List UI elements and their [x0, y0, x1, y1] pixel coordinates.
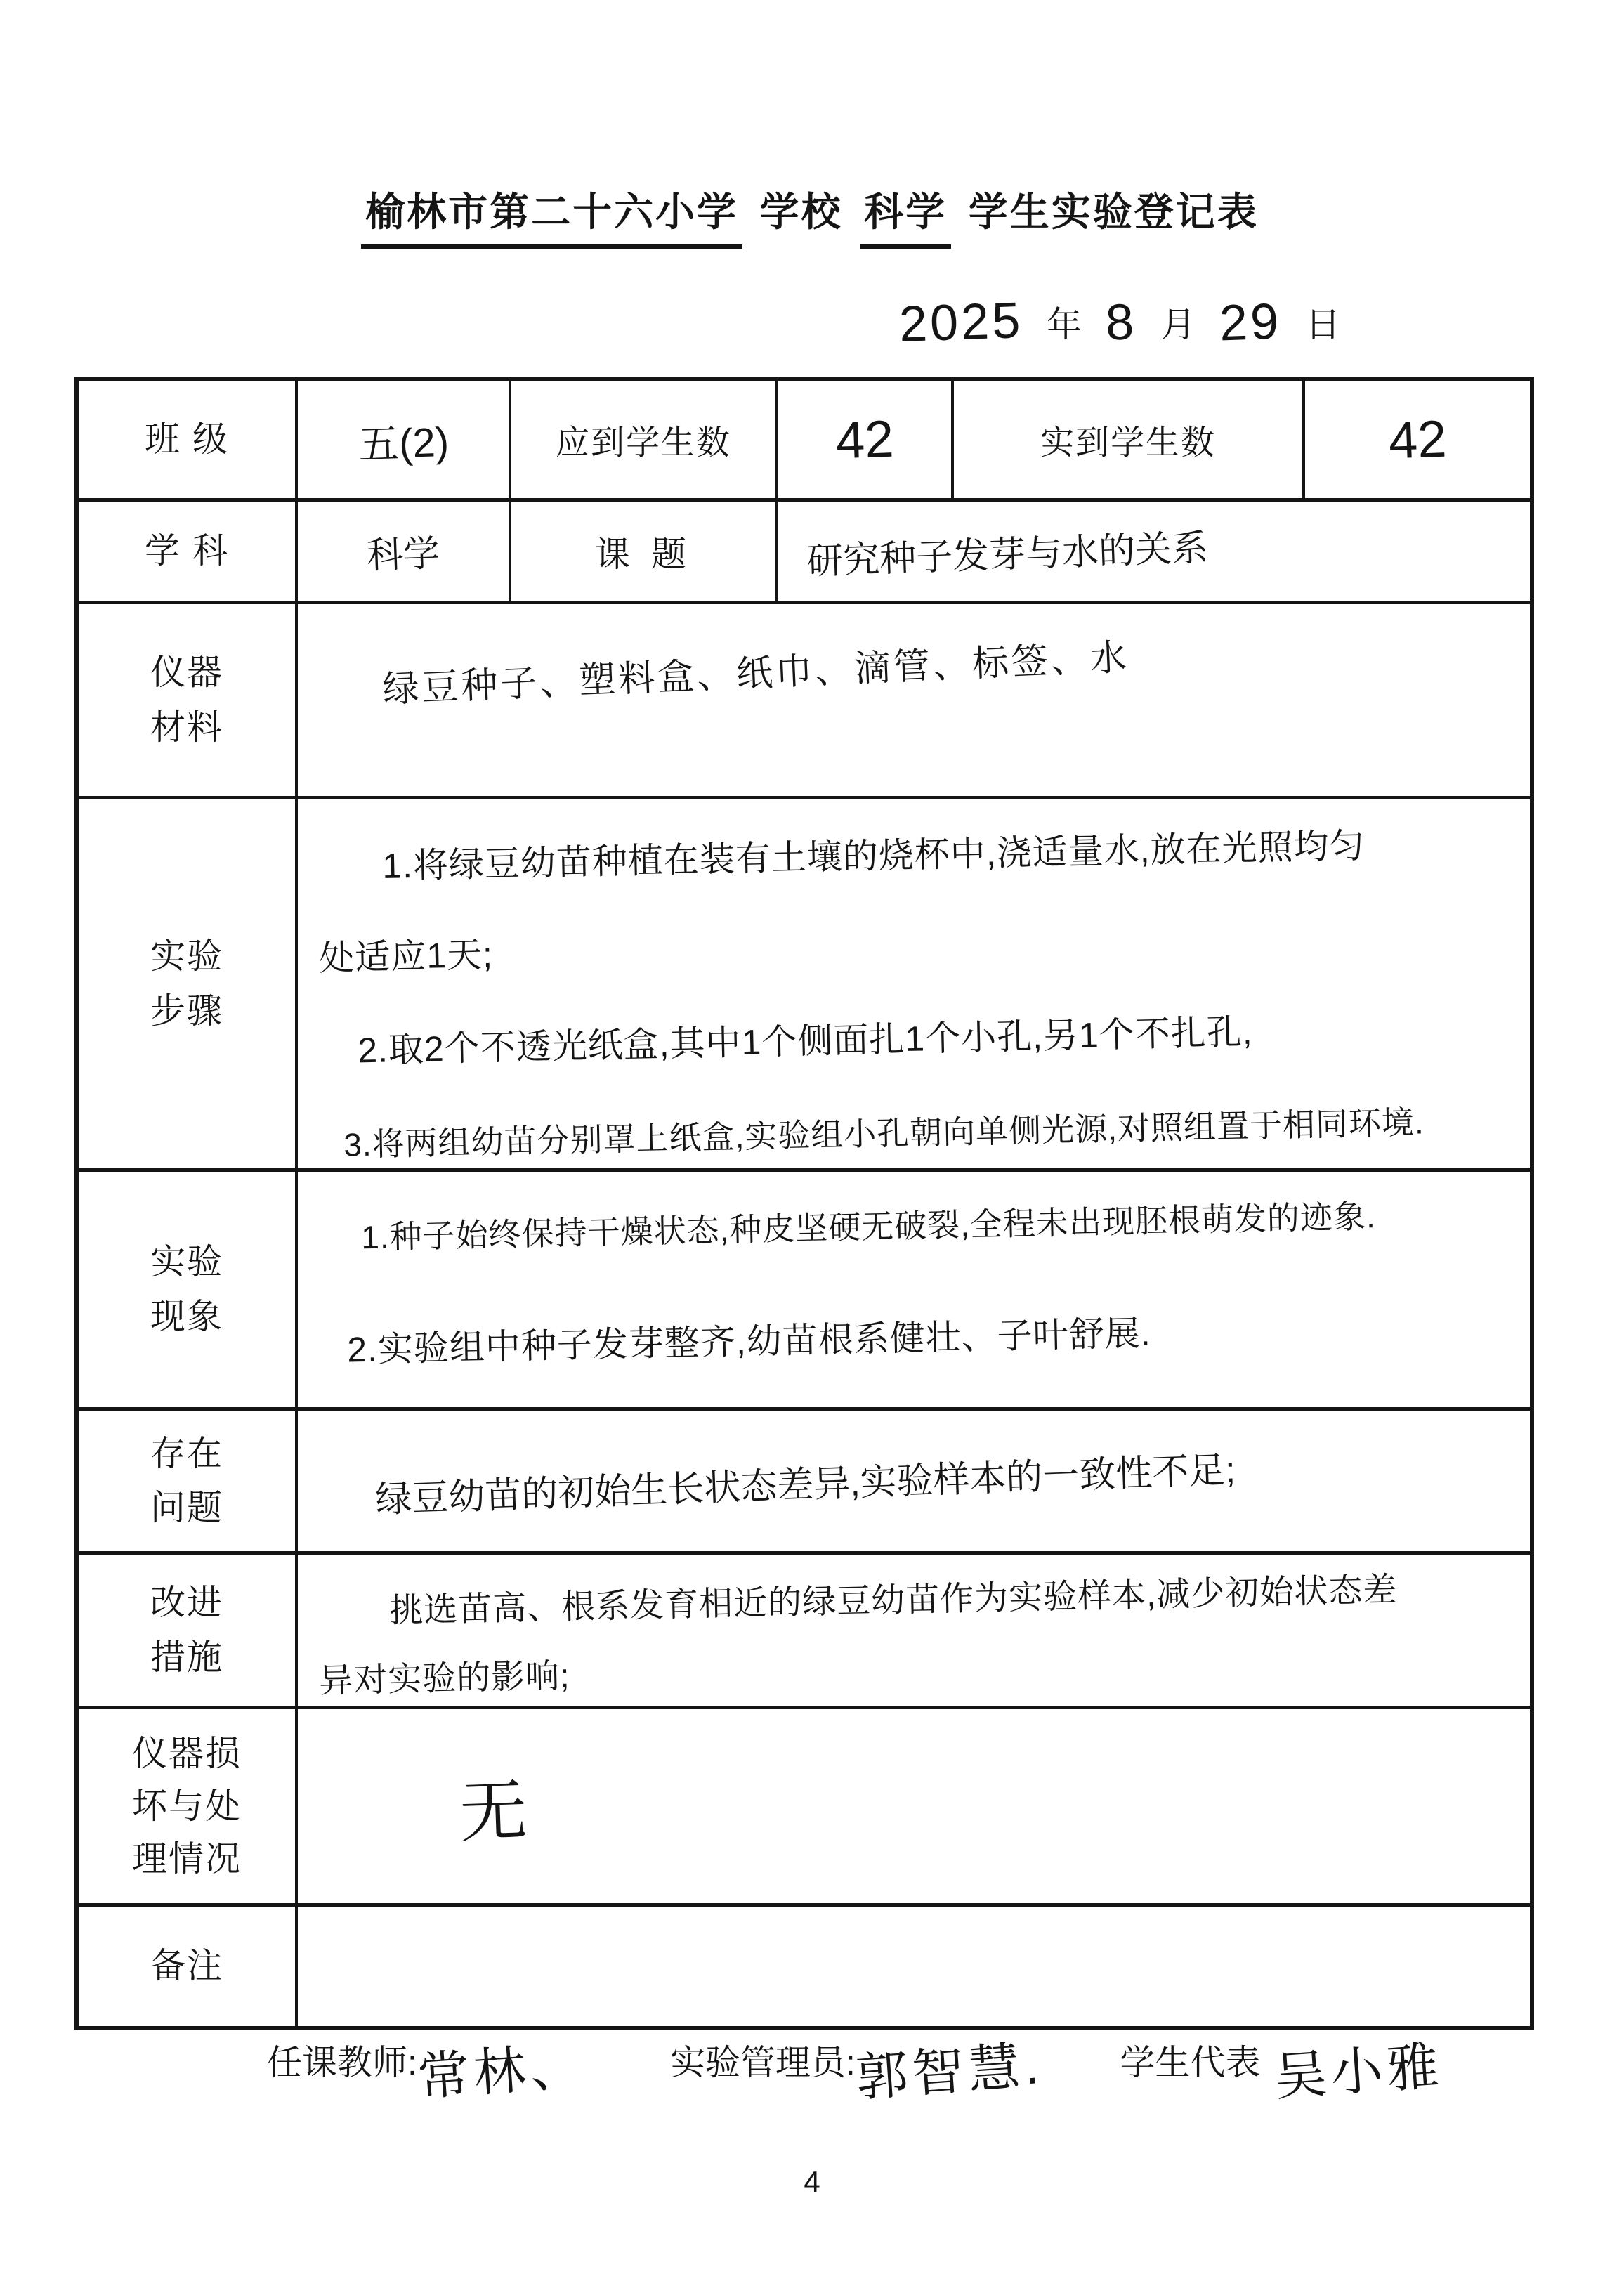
- materials-content: 绿豆种子、塑料盒、纸巾、滴管、标签、水: [381, 627, 1130, 712]
- steps-label-cell: 实验 步骤: [79, 799, 298, 1168]
- form-title: 榆林市第二十六小学 学校 科学 学生实验登记表: [0, 181, 1624, 249]
- teacher-label: 任课教师:: [267, 2034, 417, 2085]
- materials-label-cell: 仪器 材料: [79, 604, 298, 796]
- step-line-1b: 处适应1天;: [318, 905, 1523, 981]
- steps-content-cell: 1.将绿豆幼苗种植在装有土壤的烧杯中,浇适量水,放在光照均匀 处适应1天; 2.…: [298, 799, 1530, 1168]
- table-row-remarks: 备注: [79, 1907, 1530, 2026]
- actual-count-value: 42: [1387, 409, 1447, 471]
- subject-label: 学 科: [145, 524, 229, 579]
- step-line-2: 2.取2个不透光纸盒,其中1个侧面扎1个小孔,另1个不扎孔,: [357, 998, 1523, 1073]
- scanned-form-page: 榆林市第二十六小学 学校 科学 学生实验登记表 2025 年 8 月 29 日 …: [0, 0, 1624, 2293]
- step-line-3: 3.将两组幼苗分别罩上纸盒,实验组小孔朝向单侧光源,对照组置于相同环境.: [343, 1095, 1523, 1165]
- table-row-improvements: 改进 措施 挑选苗高、根系发育相近的绿豆幼苗作为实验样本,减少初始状态差 异对实…: [79, 1555, 1530, 1709]
- signature-footer: 任课教师: 常林、 实验管理员: 郭智慧. 学生代表 吴小雅: [267, 2034, 1545, 2105]
- table-row-problems: 存在 问题 绿豆幼苗的初始生长状态差异,实验样本的一致性不足;: [79, 1411, 1530, 1555]
- problems-label-line: 问题: [150, 1481, 223, 1536]
- improvements-label-line: 改进: [150, 1576, 223, 1631]
- actual-count-label-cell: 实到学生数: [954, 381, 1305, 498]
- date-month-value: 8: [1105, 293, 1138, 351]
- steps-label-line: 实验: [150, 929, 223, 984]
- expected-count-value-cell: 42: [778, 381, 954, 498]
- class-value-cell: 五(2): [298, 381, 511, 498]
- improvements-label-cell: 改进 措施: [79, 1555, 298, 1706]
- damage-content: 无: [458, 1757, 529, 1855]
- topic-value-cell: 研究种子发芽与水的关系: [778, 502, 1530, 601]
- damage-label-line: 坏与处: [132, 1780, 242, 1833]
- table-row-damage: 仪器损 坏与处 理情况 无: [79, 1709, 1530, 1907]
- phenomena-label-line: 实验: [150, 1235, 223, 1290]
- topic-value: 研究种子发芽与水的关系: [806, 518, 1209, 584]
- title-school-suffix: 学校: [756, 181, 847, 244]
- improvement-line-2: 异对实验的影响;: [318, 1628, 1523, 1702]
- materials-label-line: 材料: [150, 700, 223, 755]
- teacher-signature: 常林、: [415, 2025, 589, 2110]
- topic-label: 课 题: [595, 526, 692, 577]
- table-row-materials: 仪器 材料 绿豆种子、塑料盒、纸巾、滴管、标签、水: [79, 604, 1530, 799]
- steps-label-line: 步骤: [150, 984, 223, 1039]
- phenomenon-line-1: 1.种子始终保持干燥状态,种皮坚硬无破裂,全程未出现胚根萌发的迹象.: [360, 1188, 1523, 1259]
- expected-count-value: 42: [834, 409, 894, 471]
- title-subject: 科学: [860, 181, 951, 249]
- problems-content: 绿豆幼苗的初始生长状态差异,实验样本的一致性不足;: [374, 1439, 1236, 1522]
- damage-content-cell: 无: [298, 1709, 1530, 1903]
- subject-label-cell: 学 科: [79, 502, 298, 601]
- subject-value: 科学: [366, 523, 441, 579]
- table-row-class: 班 级 五(2) 应到学生数 42 实到学生数 42: [79, 381, 1530, 502]
- date-day-label: 日: [1305, 296, 1340, 351]
- page-number: 4: [0, 2165, 1624, 2199]
- damage-label-line: 仪器损: [132, 1727, 242, 1780]
- title-school-name: 榆林市第二十六小学: [361, 181, 742, 249]
- remarks-label-cell: 备注: [79, 1907, 298, 2026]
- expected-count-label-cell: 应到学生数: [511, 381, 778, 498]
- remarks-label: 备注: [150, 1939, 223, 1994]
- manager-label: 实验管理员:: [670, 2034, 856, 2085]
- actual-count-value-cell: 42: [1305, 381, 1530, 498]
- subject-value-cell: 科学: [298, 502, 511, 601]
- expected-count-label: 应到学生数: [556, 415, 731, 464]
- class-label-cell: 班 级: [79, 381, 298, 498]
- phenomena-label-cell: 实验 现象: [79, 1172, 298, 1407]
- table-row-phenomena: 实验 现象 1.种子始终保持干燥状态,种皮坚硬无破裂,全程未出现胚根萌发的迹象.…: [79, 1172, 1530, 1411]
- student-rep-label: 学生代表: [1120, 2034, 1260, 2085]
- phenomenon-line-2: 2.实验组中种子发芽整齐,幼苗根系健壮、子叶舒展.: [346, 1297, 1523, 1372]
- materials-content-cell: 绿豆种子、塑料盒、纸巾、滴管、标签、水: [298, 604, 1530, 796]
- class-label: 班 级: [145, 412, 229, 467]
- date-year-label: 年: [1047, 296, 1082, 351]
- table-row-subject: 学 科 科学 课 题 研究种子发芽与水的关系: [79, 502, 1530, 604]
- improvements-label-line: 措施: [150, 1631, 223, 1685]
- title-rest: 学生实验登记表: [964, 181, 1263, 244]
- remarks-content-cell: [298, 1907, 1530, 2026]
- step-line-1: 1.将绿豆幼苗种植在装有土壤的烧杯中,浇适量水,放在光照均匀: [381, 814, 1523, 889]
- problems-label-cell: 存在 问题: [79, 1411, 298, 1551]
- damage-label-line: 理情况: [132, 1833, 242, 1886]
- problems-label-line: 存在: [150, 1427, 223, 1482]
- improvements-content-cell: 挑选苗高、根系发育相近的绿豆幼苗作为实验样本,减少初始状态差 异对实验的影响;: [298, 1555, 1530, 1706]
- damage-label-cell: 仪器损 坏与处 理情况: [79, 1709, 298, 1903]
- actual-count-label: 实到学生数: [1040, 415, 1216, 464]
- class-value: 五(2): [357, 408, 450, 470]
- date-line: 2025 年 8 月 29 日: [899, 294, 1340, 351]
- problems-content-cell: 绿豆幼苗的初始生长状态差异,实验样本的一致性不足;: [298, 1411, 1530, 1551]
- date-month-label: 月: [1160, 296, 1196, 351]
- date-day-value: 29: [1219, 292, 1283, 352]
- date-year-value: 2025: [898, 292, 1024, 353]
- table-row-steps: 实验 步骤 1.将绿豆幼苗种植在装有土壤的烧杯中,浇适量水,放在光照均匀 处适应…: [79, 799, 1530, 1172]
- registration-table: 班 级 五(2) 应到学生数 42 实到学生数 42 学 科: [74, 377, 1534, 2030]
- manager-signature: 郭智慧.: [853, 2024, 1045, 2111]
- topic-label-cell: 课 题: [511, 502, 778, 601]
- student-rep-signature: 吴小雅: [1272, 2025, 1446, 2110]
- phenomena-label-line: 现象: [150, 1290, 223, 1345]
- materials-label-line: 仪器: [150, 646, 223, 700]
- phenomena-content-cell: 1.种子始终保持干燥状态,种皮坚硬无破裂,全程未出现胚根萌发的迹象. 2.实验组…: [298, 1172, 1530, 1407]
- improvement-line-1: 挑选苗高、根系发育相近的绿豆幼苗作为实验样本,减少初始状态差: [388, 1560, 1523, 1632]
